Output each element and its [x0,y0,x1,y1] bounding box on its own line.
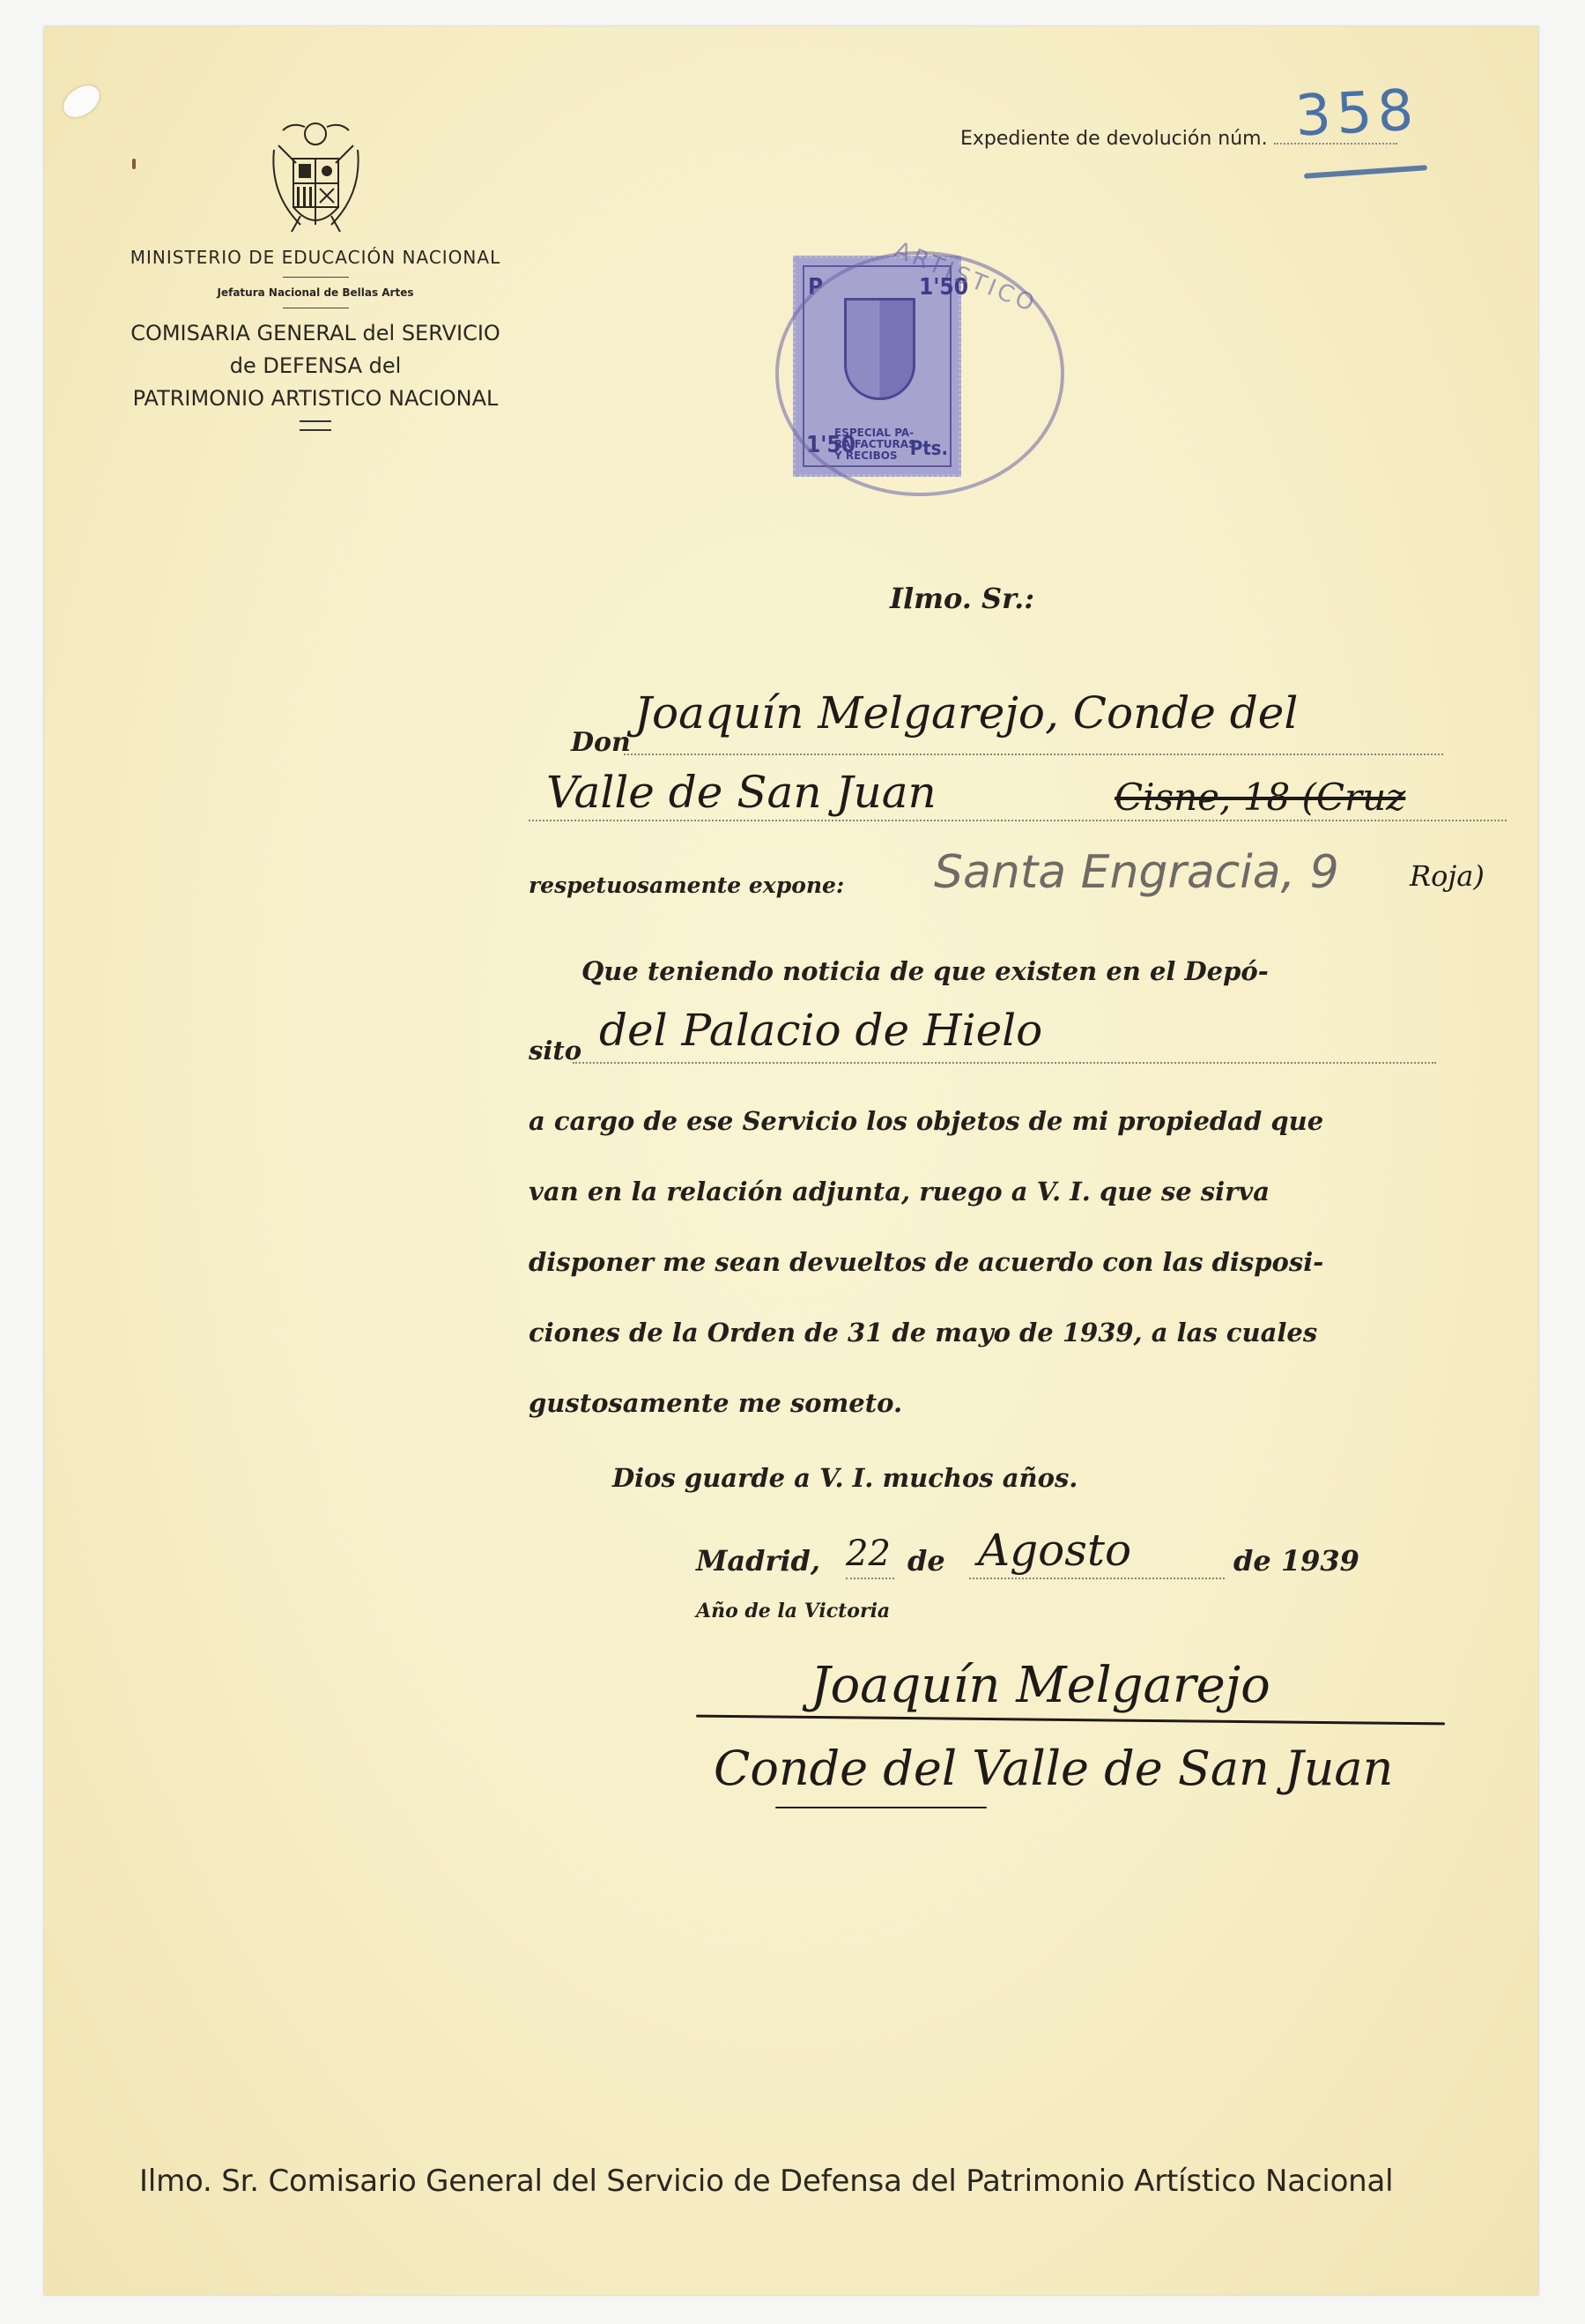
body-line-7: gustosamente me someto. [529,1388,902,1418]
deposit-handwritten: del Palacio de Hielo [599,1005,1042,1056]
double-rule [300,420,331,431]
comisaria-line-3: PATRIMONIO ARTISTICO NACIONAL [95,382,536,415]
body-line-2-prefix: sito [529,1036,581,1065]
ministry-name: MINISTERIO DE EDUCACIÓN NACIONAL [95,247,536,268]
place-label: Madrid, [696,1544,820,1578]
expone-label: respetuosamente expone: [529,872,844,898]
addressee-footer: Ilmo. Sr. Comisario General del Servicio… [139,2164,1393,2199]
body-line-5: disponer me sean devueltos de acuerdo co… [529,1247,1323,1277]
divider [283,308,349,308]
comisaria-line-1: COMISARIA GENERAL del SERVICIO [95,317,536,350]
coat-of-arms-icon [265,115,367,238]
address-pencil-correction: Santa Engracia, 9 [934,846,1339,899]
year-label: de 1939 [1233,1544,1359,1578]
body-line-3: a cargo de ese Servicio los objetos de m… [529,1106,1323,1136]
name-field-line-2 [529,820,1507,821]
address-tail: Roja) [1410,859,1485,893]
jefatura-name: Jefatura Nacional de Bellas Artes [95,286,536,299]
signature-name: Joaquín Melgarejo [811,1657,1270,1714]
letterhead: MINISTERIO DE EDUCACIÓN NACIONAL Jefatur… [95,115,536,431]
don-label: Don [571,727,631,758]
divider [283,277,349,278]
expediente-number: 358 [1293,78,1420,149]
signature-title-underline [775,1807,987,1808]
body-line-6: ciones de la Orden de 31 de mayo de 1939… [529,1318,1317,1348]
day-field-line [846,1578,894,1579]
applicant-title-handwritten: Valle de San Juan [546,767,937,818]
year-victory-label: Año de la Victoria [696,1600,890,1622]
comisaria-line-2: de DEFENSA del [95,350,536,382]
deposit-field-line [573,1062,1436,1064]
signature-title: Conde del Valle de San Juan [714,1741,1393,1796]
month-field-line [969,1578,1225,1579]
applicant-name-handwritten: Joaquín Melgarejo, Conde del [634,687,1298,739]
blessing: Dios guarde a V. I. muchos años. [612,1463,1078,1493]
month-handwritten: Agosto [978,1525,1131,1576]
de-label: de [907,1544,945,1578]
body-line-4: van en la relación adjunta, ruego a V. I… [529,1177,1270,1207]
address-struck-out: Cisne, 18 (Cruz [1115,776,1405,819]
day-handwritten: 22 [846,1533,891,1574]
salutation: Ilmo. Sr.: [890,582,1034,615]
body-line-1: Que teniendo noticia de que existen en e… [581,956,1269,986]
name-field-line [624,754,1443,755]
